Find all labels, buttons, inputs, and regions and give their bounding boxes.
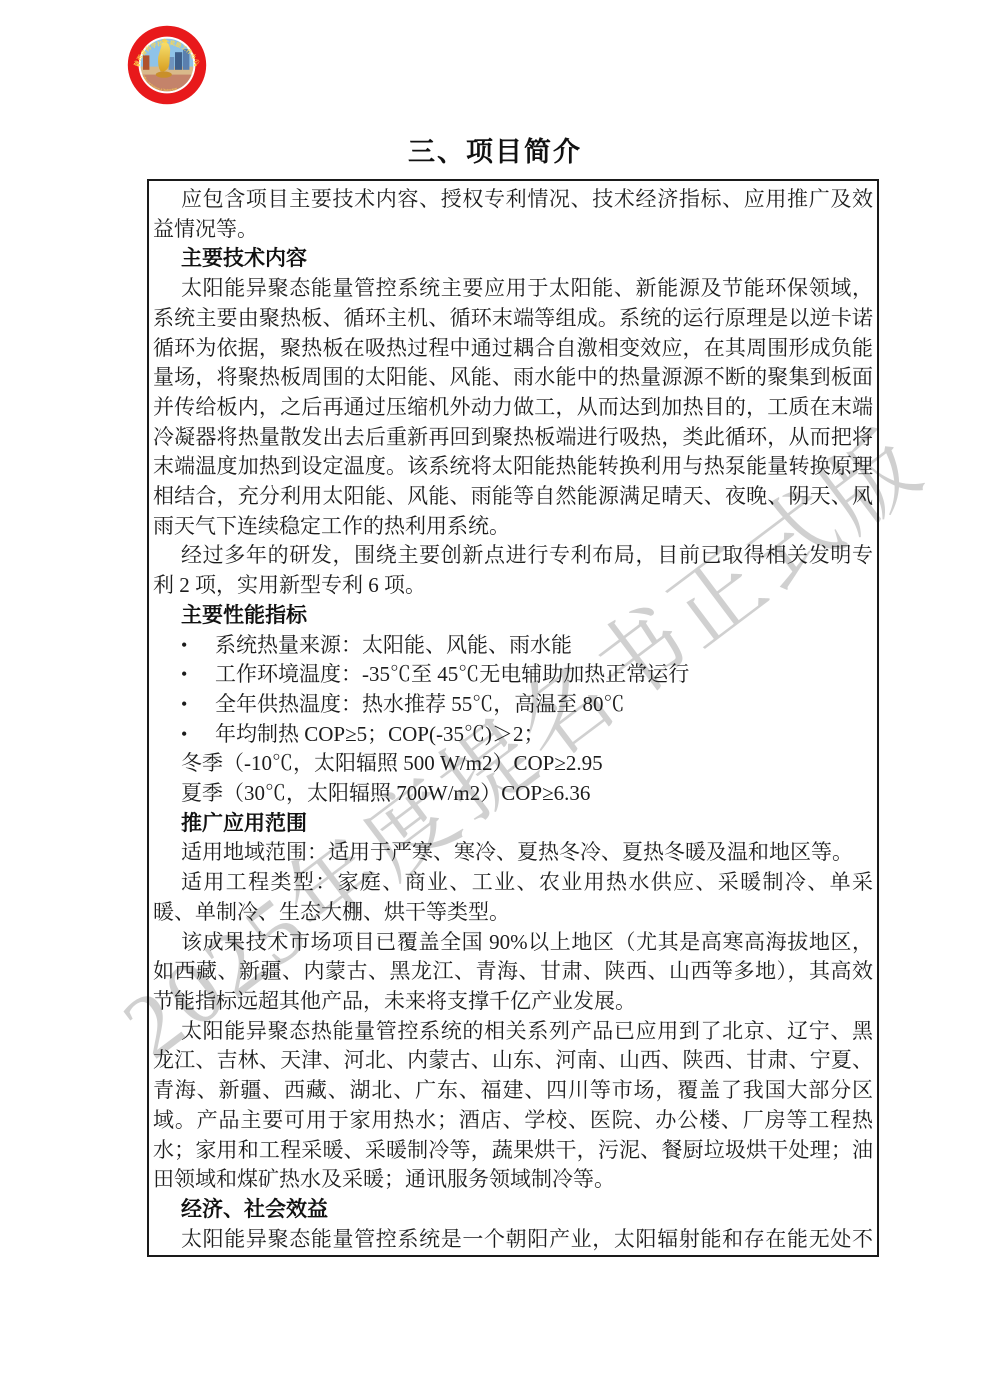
- seal-graphic: 陕西省科学技术奖励工作办公室 Office Of Science & Techn…: [127, 25, 207, 105]
- bullet-cop: • 年均制热 COP≥5；COP(-35℃)＞2；: [153, 720, 873, 750]
- bullet-dot: •: [181, 720, 215, 750]
- bullet-text: 工作环境温度：-35℃至 45℃无电辅助加热正常运行: [215, 660, 689, 690]
- bullet-text: 全年供热温度：热水推荐 55℃，高温至 80℃: [215, 690, 625, 720]
- bullet-working-temperature: • 工作环境温度：-35℃至 45℃无电辅助加热正常运行: [153, 660, 873, 690]
- section-heading-performance: 主要性能指标: [153, 601, 873, 631]
- bullet-text: 年均制热 COP≥5；COP(-35℃)＞2；: [215, 720, 544, 750]
- seal-right-star: [194, 64, 197, 67]
- paragraph-system-principle: 太阳能异聚态能量管控系统主要应用于太阳能、新能源及节能环保领域，系统主要由聚热板…: [153, 274, 873, 541]
- page-title: 三、项目简介: [0, 130, 990, 169]
- lead-paragraph: 应包含项目主要技术内容、授权专利情况、技术经济指标、应用推广及效益情况等。: [153, 185, 873, 244]
- section-heading-benefits: 经济、社会效益: [153, 1195, 873, 1225]
- line-summer-cop: 夏季（30℃，太阳辐照 700W/m2）COP≥6.36: [153, 779, 873, 809]
- paragraph-applicable-projects: 适用工程类型：家庭、商业、工业、农业用热水供应、采暖制冷、单采暖、单制冷、生态大…: [153, 868, 873, 927]
- section-heading-application-scope: 推广应用范围: [153, 809, 873, 839]
- project-intro-box: 应包含项目主要技术内容、授权专利情况、技术经济指标、应用推广及效益情况等。 主要…: [147, 179, 879, 1257]
- line-winter-cop: 冬季（-10℃，太阳辐照 500 W/m2）COP≥2.95: [153, 749, 873, 779]
- paragraph-benefits: 太阳能异聚态能量管控系统是一个朝阳产业，太阳辐射能和存在能无处不在，其高效、清洁…: [153, 1225, 873, 1257]
- bullet-dot: •: [181, 690, 215, 720]
- section-heading-main-technology: 主要技术内容: [153, 244, 873, 274]
- paragraph-applicable-regions: 适用地域范围：适用于严寒、寒冷、夏热冬冷、夏热冬暖及温和地区等。: [153, 838, 873, 868]
- paragraph-market-coverage: 该成果技术市场项目已覆盖全国 90%以上地区（尤其是高寒高海拔地区，如西藏、新疆…: [153, 928, 873, 1017]
- bullet-supply-temperature: • 全年供热温度：热水推荐 55℃，高温至 80℃: [153, 690, 873, 720]
- document-page: 2025年度提名书正式版: [0, 0, 990, 1399]
- bullet-text: 系统热量来源：太阳能、风能、雨水能: [215, 631, 572, 661]
- paragraph-product-applications: 太阳能异聚态热能量管控系统的相关系列产品已应用到了北京、辽宁、黑龙江、吉林、天津…: [153, 1017, 873, 1195]
- seal-left-star: [137, 64, 140, 67]
- bullet-heat-source: • 系统热量来源：太阳能、风能、雨水能: [153, 631, 873, 661]
- paragraph-patents: 经过多年的研发，围绕主要创新点进行专利布局，目前已取得相关发明专利 2 项，实用…: [153, 541, 873, 600]
- bullet-dot: •: [181, 631, 215, 661]
- bullet-dot: •: [181, 660, 215, 690]
- award-office-seal: 陕西省科学技术奖励工作办公室 Office Of Science & Techn…: [127, 25, 207, 105]
